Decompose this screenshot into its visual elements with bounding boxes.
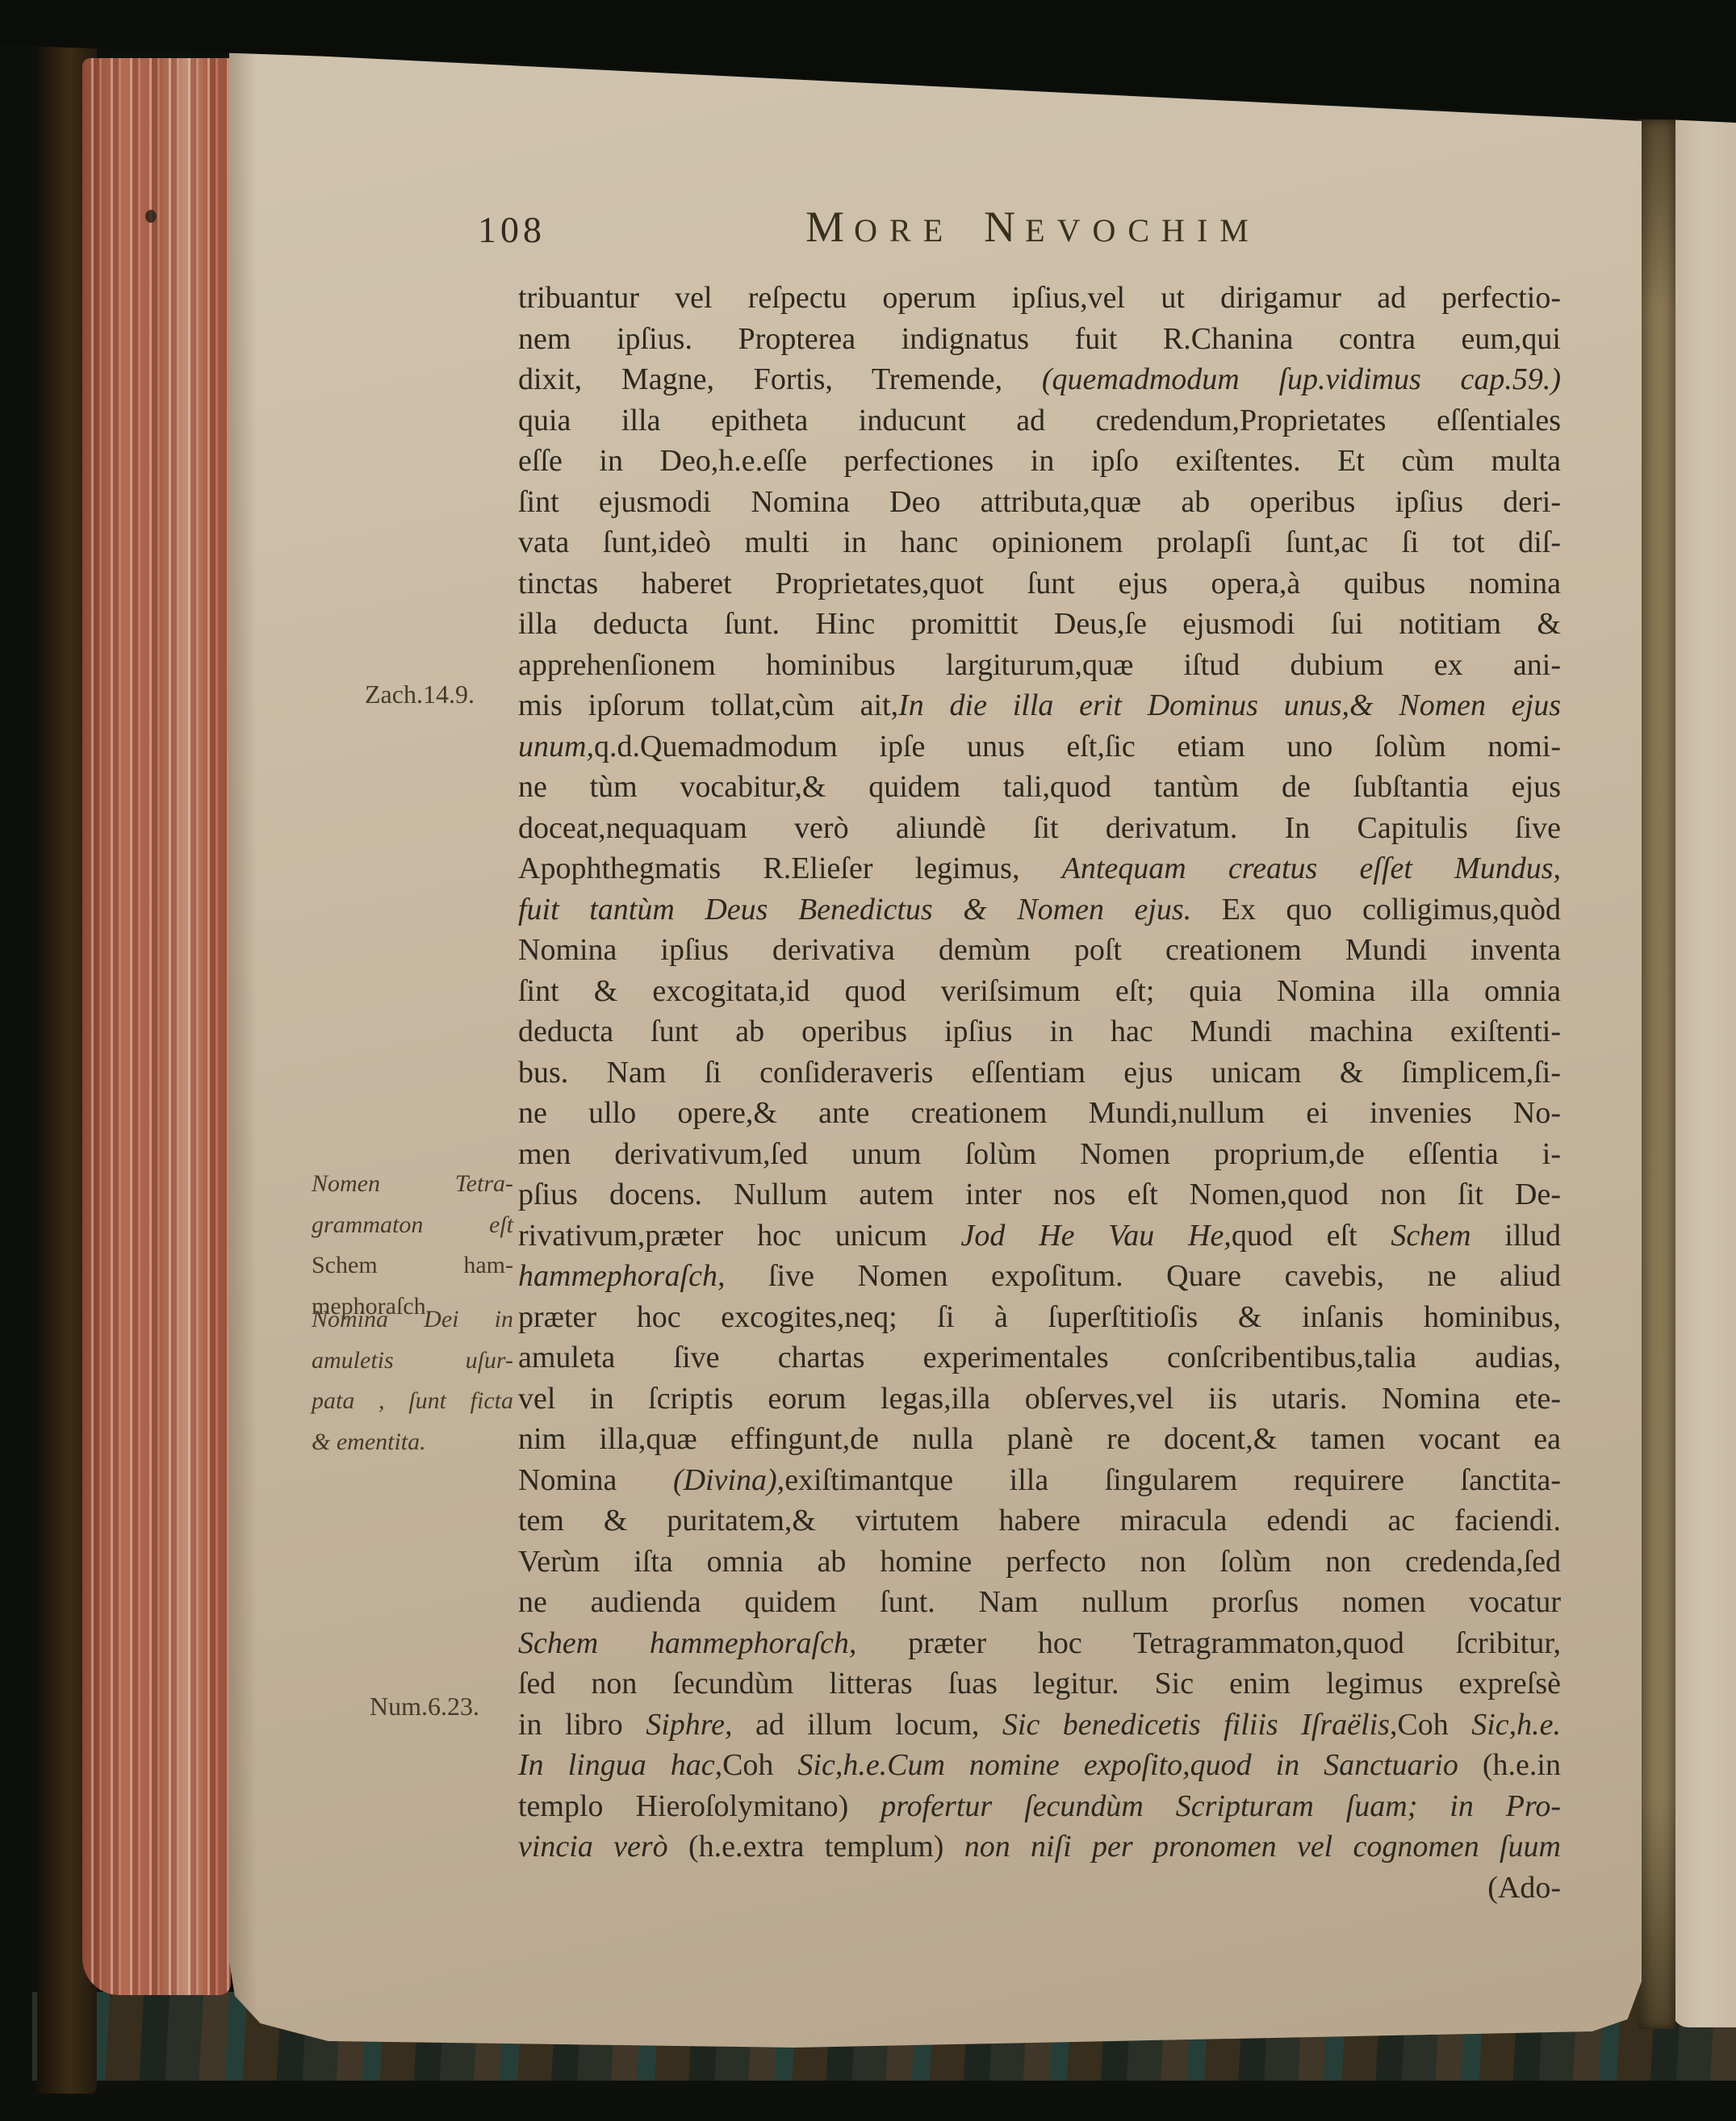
text-run: dixit, Magne, Fortis, Tremende, xyxy=(518,362,1042,396)
running-title: MORE NEVOCHIM xyxy=(710,202,1356,252)
text-line: tribuantur vel reſpectu operum ipſius,ve… xyxy=(518,278,1561,319)
title-rest: ORE xyxy=(854,212,955,249)
text-run: Coh xyxy=(1397,1708,1471,1742)
text-run: ſint & excogitata,id quod veriſsimum eſt… xyxy=(518,974,1561,1008)
text-run: grammaton eſt xyxy=(312,1211,513,1238)
text-run: eſſe in Deo,h.e.eſſe perfectiones in ipſ… xyxy=(518,444,1561,478)
text-line: ſed non ſecundùm litteras ſuas legitur. … xyxy=(518,1663,1561,1705)
title-initial: N xyxy=(984,203,1025,251)
text-line: tem & puritatem,& virtutem habere miracu… xyxy=(518,1500,1561,1542)
text-line: doceat,nequaquam verò aliundè ſit deriva… xyxy=(518,808,1561,849)
text-run: pata , ſunt ficta xyxy=(312,1387,513,1414)
text-run: vel in ſcriptis eorum legas,illa obſerve… xyxy=(518,1382,1561,1416)
text-line: unum,q.d.Quemadmodum ipſe unus eſt,ſic e… xyxy=(518,726,1561,768)
text-run: bus. Nam ſi conſideraveris eſſentiam eju… xyxy=(518,1056,1561,1090)
text-run: apprehenſionem hominibus largiturum,quæ … xyxy=(518,648,1561,682)
text-run: profertur ſecundùm Scripturam ſuam; in P… xyxy=(881,1789,1561,1823)
margin-note-zachariah: Zach.14.9. xyxy=(365,678,518,719)
text-run: & ementita. xyxy=(312,1429,426,1455)
running-title-word: NEVOCHIM xyxy=(984,202,1261,252)
text-run: illa deducta ſunt. Hinc promittit Deus,ſ… xyxy=(518,607,1561,641)
text-line: Zach.14.9. xyxy=(365,678,518,719)
text-run: quod eſt xyxy=(1232,1219,1391,1253)
text-run: non niſi per pronomen vel cognomen ſuum xyxy=(964,1830,1561,1864)
text-run: Zach.14.9. xyxy=(365,680,475,709)
text-run: illud xyxy=(1471,1219,1561,1253)
running-title-word: MORE xyxy=(805,202,955,252)
text-run: vincia verò xyxy=(518,1830,688,1864)
text-line: quia illa epitheta inducunt ad credendum… xyxy=(518,400,1561,441)
catchword: (Ado- xyxy=(518,1868,1561,1909)
text-run: Nomina xyxy=(518,1463,673,1497)
text-line: Verùm iſta omnia ab homine perfecto non … xyxy=(518,1542,1561,1583)
text-line: Nomina Dei in xyxy=(312,1304,513,1345)
text-run: Ex quo colligimus,quòd xyxy=(1191,893,1561,927)
text-run: vata ſunt,ideò multi in hanc opinionem p… xyxy=(518,525,1561,559)
text-run: Sic,h.e.Cum nomine expoſito,quod in Sanc… xyxy=(797,1748,1483,1782)
text-line: nem ipſius. Propterea indignatus fuit R.… xyxy=(518,319,1561,360)
text-run: nim illa,quæ effingunt,de nulla planè re… xyxy=(518,1422,1561,1456)
text-line: & ementita. xyxy=(312,1427,513,1468)
text-line: vincia verò (h.e.extra templum) non niſi… xyxy=(518,1826,1561,1868)
text-run: nem ipſius. Propterea indignatus fuit R.… xyxy=(518,322,1561,356)
text-line: vata ſunt,ideò multi in hanc opinionem p… xyxy=(518,522,1561,563)
text-line: men derivativum,ſed unum ſolùm Nomen pro… xyxy=(518,1134,1561,1175)
text-line: Schem ham- xyxy=(312,1250,513,1291)
text-line: Schem hammephoraſch, præter hoc Tetragra… xyxy=(518,1623,1561,1664)
margin-note-numbers: Num.6.23. xyxy=(370,1690,519,1731)
text-run: quia illa epitheta inducunt ad credendum… xyxy=(518,404,1561,437)
text-run: In die illa erit Dominus unus,& Nomen ej… xyxy=(898,688,1561,722)
text-run: doceat,nequaquam verò aliundè ſit deriva… xyxy=(518,811,1561,845)
text-line: ne ullo opere,& ante creationem Mundi,nu… xyxy=(518,1093,1561,1134)
text-run: Schem hammephoraſch, xyxy=(518,1626,856,1660)
text-run: fuit tantùm Deus Benedictus & Nomen ejus… xyxy=(518,893,1191,927)
red-page-fore-edges xyxy=(82,58,231,1995)
text-run: amuletis uſur- xyxy=(312,1347,513,1374)
body-text: tribuantur vel reſpectu operum ipſius,ve… xyxy=(518,278,1561,1908)
text-run: præter hoc Tetragrammaton,quod ſcribitur… xyxy=(856,1626,1561,1660)
text-run: (h.e.extra templum) xyxy=(688,1830,964,1864)
text-run: rivativum,præter hoc unicum xyxy=(518,1219,961,1253)
text-run: Antequam creatus eſſet Mundus, xyxy=(1062,851,1561,885)
text-run: tribuantur vel reſpectu operum ipſius,ve… xyxy=(518,281,1561,315)
text-run: In lingua hac, xyxy=(518,1748,722,1782)
text-run: Nomina Dei in xyxy=(312,1306,513,1332)
text-run: (Ado- xyxy=(1487,1871,1561,1905)
title-initial: M xyxy=(805,203,854,251)
text-run: ſint ejusmodi Nomina Deo attributa,quæ a… xyxy=(518,485,1561,519)
text-run: Sic,h.e. xyxy=(1471,1708,1561,1742)
text-run: Apophthegmatis R.Elieſer legimus, xyxy=(518,851,1062,885)
text-line: ne tùm vocabitur,& quidem tali,quod tant… xyxy=(518,767,1561,808)
gutter-shadow xyxy=(1638,119,1675,2029)
text-run: (Divina), xyxy=(673,1463,784,1497)
text-line: Nomina ipſius derivativa demùm poſt crea… xyxy=(518,930,1561,971)
text-run: hammephoraſch, xyxy=(518,1259,725,1293)
text-run: ne tùm vocabitur,& quidem tali,quod tant… xyxy=(518,770,1561,804)
text-run: ſive Nomen expoſitum. Quare cavebis, ne … xyxy=(725,1259,1561,1293)
text-run: unum, xyxy=(518,730,594,763)
text-run: (h.e.in xyxy=(1483,1748,1561,1782)
text-run: q.d.Quemadmodum ipſe unus eſt,ſic etiam … xyxy=(594,730,1561,763)
text-run: Siphre, xyxy=(646,1708,732,1742)
text-run: Jod He Vau He, xyxy=(961,1219,1232,1253)
text-run: Coh xyxy=(722,1748,797,1782)
text-line: dixit, Magne, Fortis, Tremende, (quemadm… xyxy=(518,359,1561,400)
text-run: Num.6.23. xyxy=(370,1692,479,1721)
text-run: (quemadmodum ſup.vidimus cap.59.) xyxy=(1042,362,1561,396)
text-line: grammaton eſt xyxy=(312,1210,513,1251)
text-line: præter hoc excogites,neq; ſi à ſuperſtit… xyxy=(518,1297,1561,1338)
text-line: illa deducta ſunt. Hinc promittit Deus,ſ… xyxy=(518,604,1561,645)
text-line: apprehenſionem hominibus largiturum,quæ … xyxy=(518,645,1561,686)
text-line: rivativum,præter hoc unicum Jod He Vau H… xyxy=(518,1215,1561,1257)
text-run: Schem xyxy=(1391,1219,1470,1253)
text-line: Nomina (Divina),exiſtimantque illa ſingu… xyxy=(518,1460,1561,1501)
text-run: in libro xyxy=(518,1708,646,1742)
text-line: eſſe in Deo,h.e.eſſe perfectiones in ipſ… xyxy=(518,441,1561,482)
book-scan: 108 MORE NEVOCHIM Zach.14.9. Nomen Tetra… xyxy=(0,0,1736,2121)
text-line: pſius docens. Nullum autem inter nos eſt… xyxy=(518,1174,1561,1215)
text-run: Verùm iſta omnia ab homine perfecto non … xyxy=(518,1545,1561,1579)
text-run: amuleta ſive chartas experimentales conſ… xyxy=(518,1341,1561,1374)
text-line: Apophthegmatis R.Elieſer legimus, Antequ… xyxy=(518,848,1561,889)
ink-speck xyxy=(145,210,157,223)
text-line: ſint & excogitata,id quod veriſsimum eſt… xyxy=(518,971,1561,1012)
text-line: In lingua hac,Coh Sic,h.e.Cum nomine exp… xyxy=(518,1745,1561,1786)
text-run: Nomen Tetra- xyxy=(312,1170,513,1197)
text-run: Sic benedicetis filiis Iſraëlis, xyxy=(1002,1708,1398,1742)
text-line: fuit tantùm Deus Benedictus & Nomen ejus… xyxy=(518,889,1561,931)
text-run: Nomina ipſius derivativa demùm poſt crea… xyxy=(518,933,1561,967)
text-line: bus. Nam ſi conſideraveris eſſentiam eju… xyxy=(518,1052,1561,1094)
text-run: ne audienda quidem ſunt. Nam nullum pror… xyxy=(518,1585,1561,1619)
text-line: amuleta ſive chartas experimentales conſ… xyxy=(518,1337,1561,1378)
text-line: pata , ſunt ficta xyxy=(312,1386,513,1427)
facing-page-sliver xyxy=(1672,118,1736,2027)
text-line: Nomen Tetra- xyxy=(312,1169,513,1210)
text-run: ne ullo opere,& ante creationem Mundi,nu… xyxy=(518,1096,1561,1130)
text-line: tinctas haberet Proprietates,quot ſunt e… xyxy=(518,563,1561,605)
title-rest: EVOCHIM xyxy=(1025,212,1261,249)
text-run: pſius docens. Nullum autem inter nos eſt… xyxy=(518,1178,1561,1211)
text-run: templo Hieroſolymitano) xyxy=(518,1789,881,1823)
text-line: Num.6.23. xyxy=(370,1690,519,1731)
text-run: mis ipſorum tollat,cùm ait, xyxy=(518,688,898,722)
text-run: deducta ſunt ab operibus ipſius in hac M… xyxy=(518,1014,1561,1048)
text-run: Schem ham- xyxy=(312,1252,513,1278)
text-line: amuletis uſur- xyxy=(312,1345,513,1387)
text-run: ad illum locum, xyxy=(733,1708,1002,1742)
text-run: tinctas haberet Proprietates,quot ſunt e… xyxy=(518,567,1561,600)
page-number: 108 xyxy=(478,208,546,251)
text-line: in libro Siphre, ad illum locum, Sic ben… xyxy=(518,1705,1561,1746)
text-line: ne audienda quidem ſunt. Nam nullum pror… xyxy=(518,1582,1561,1623)
text-run: men derivativum,ſed unum ſolùm Nomen pro… xyxy=(518,1137,1561,1171)
text-line: mis ipſorum tollat,cùm ait,In die illa e… xyxy=(518,685,1561,726)
text-line: vel in ſcriptis eorum legas,illa obſerve… xyxy=(518,1378,1561,1420)
text-line: deducta ſunt ab operibus ipſius in hac M… xyxy=(518,1011,1561,1052)
margin-note-nomina-dei: Nomina Dei inamuletis uſur-pata , ſunt f… xyxy=(312,1304,513,1467)
text-line: ſint ejusmodi Nomina Deo attributa,quæ a… xyxy=(518,482,1561,523)
text-run: præter hoc excogites,neq; ſi à ſuperſtit… xyxy=(518,1300,1561,1334)
text-run: exiſtimantque illa ſingularem requirere … xyxy=(784,1463,1561,1497)
text-line: nim illa,quæ effingunt,de nulla planè re… xyxy=(518,1419,1561,1460)
text-line: templo Hieroſolymitano) profertur ſecund… xyxy=(518,1786,1561,1827)
text-run: ſed non ſecundùm litteras ſuas legitur. … xyxy=(518,1667,1561,1701)
text-line: hammephoraſch, ſive Nomen expoſitum. Qua… xyxy=(518,1256,1561,1297)
text-run: tem & puritatem,& virtutem habere miracu… xyxy=(518,1504,1561,1537)
